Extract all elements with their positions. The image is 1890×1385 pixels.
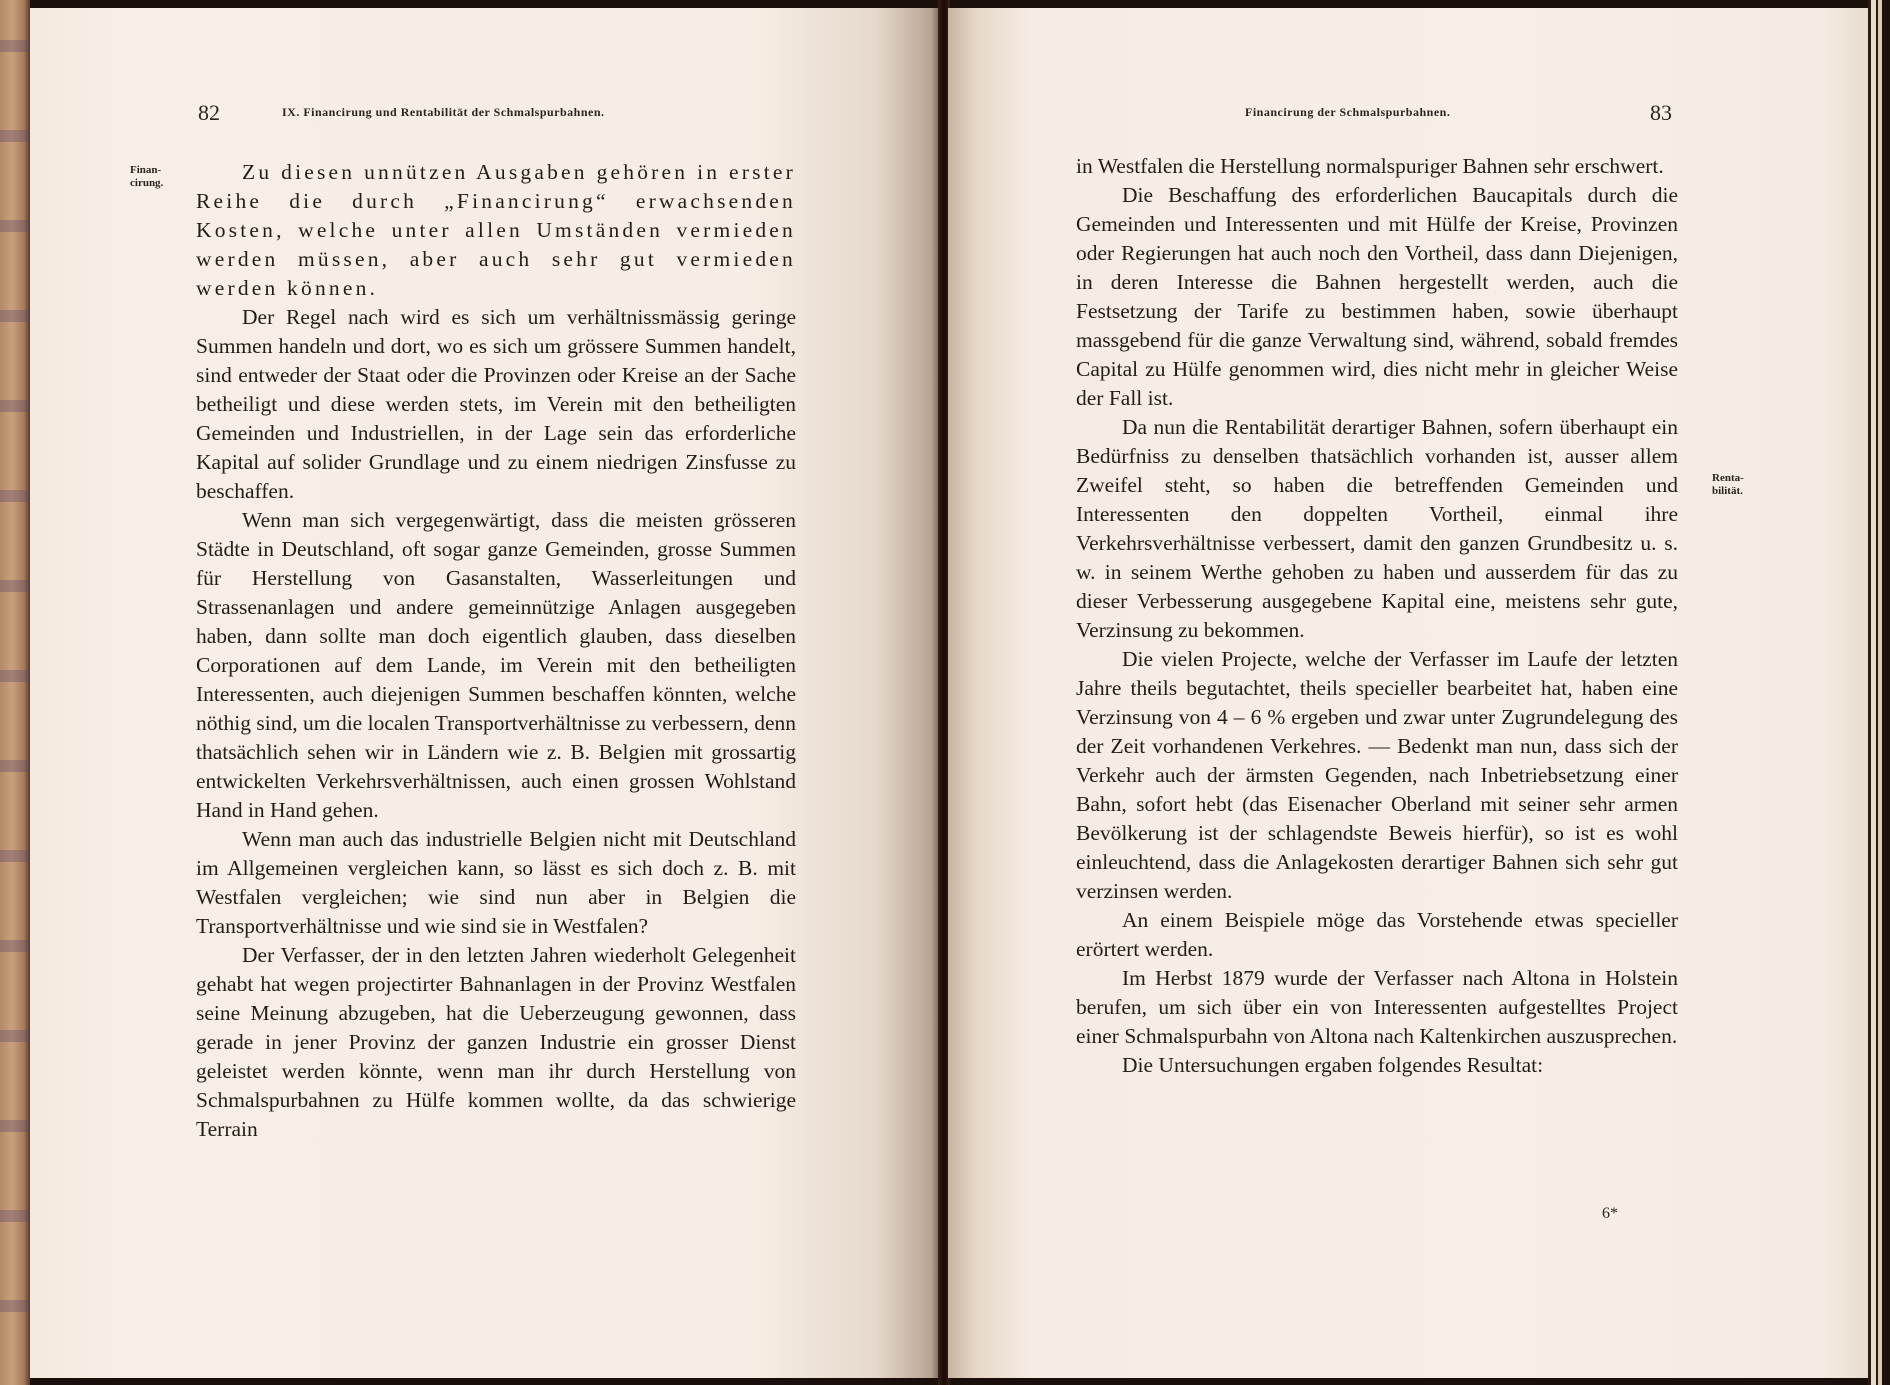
paragraph: Wenn man auch das industrielle Belgien n… [196,825,796,941]
paragraph: An einem Beispiele möge das Vorstehende … [1076,906,1678,964]
paragraph: in Westfalen die Herstellung normalspuri… [1076,152,1678,181]
paragraph: Im Herbst 1879 wurde der Verfasser nach … [1076,964,1678,1051]
book-spine-edge [0,0,30,1385]
left-running-head: IX. Financirung und Rentabilität der Sch… [282,105,605,120]
paragraph: Die Untersuchungen ergaben folgendes Res… [1076,1051,1678,1080]
right-marginal-note: Renta- bilität. [1712,472,1744,498]
left-page-body: Zu diesen unnützen Ausgaben gehören in e… [196,158,796,1144]
left-marginal-note: Finan- cirung. [130,164,163,190]
paragraph: Die Beschaffung des erforderlichen Bauca… [1076,181,1678,413]
paragraph: Die vielen Projecte, welche der Verfasse… [1076,645,1678,906]
paragraph: Wenn man sich vergegenwärtigt, dass die … [196,506,796,825]
paragraph: Der Verfasser, der in den letzten Jahren… [196,941,796,1144]
page-edges-right [1868,0,1890,1385]
paragraph: Zu diesen unnützen Ausgaben gehören in e… [196,158,796,303]
left-page-number: 82 [198,100,220,126]
right-page-number: 83 [1650,100,1672,126]
right-page-body: in Westfalen die Herstellung normalspuri… [1076,152,1678,1080]
paragraph: Da nun die Rentabilität derartiger Bahne… [1076,413,1678,645]
signature-mark: 6* [1602,1205,1618,1223]
right-running-head: Financirung der Schmalspurbahnen. [1245,105,1450,120]
paragraph: Der Regel nach wird es sich um verhältni… [196,303,796,506]
